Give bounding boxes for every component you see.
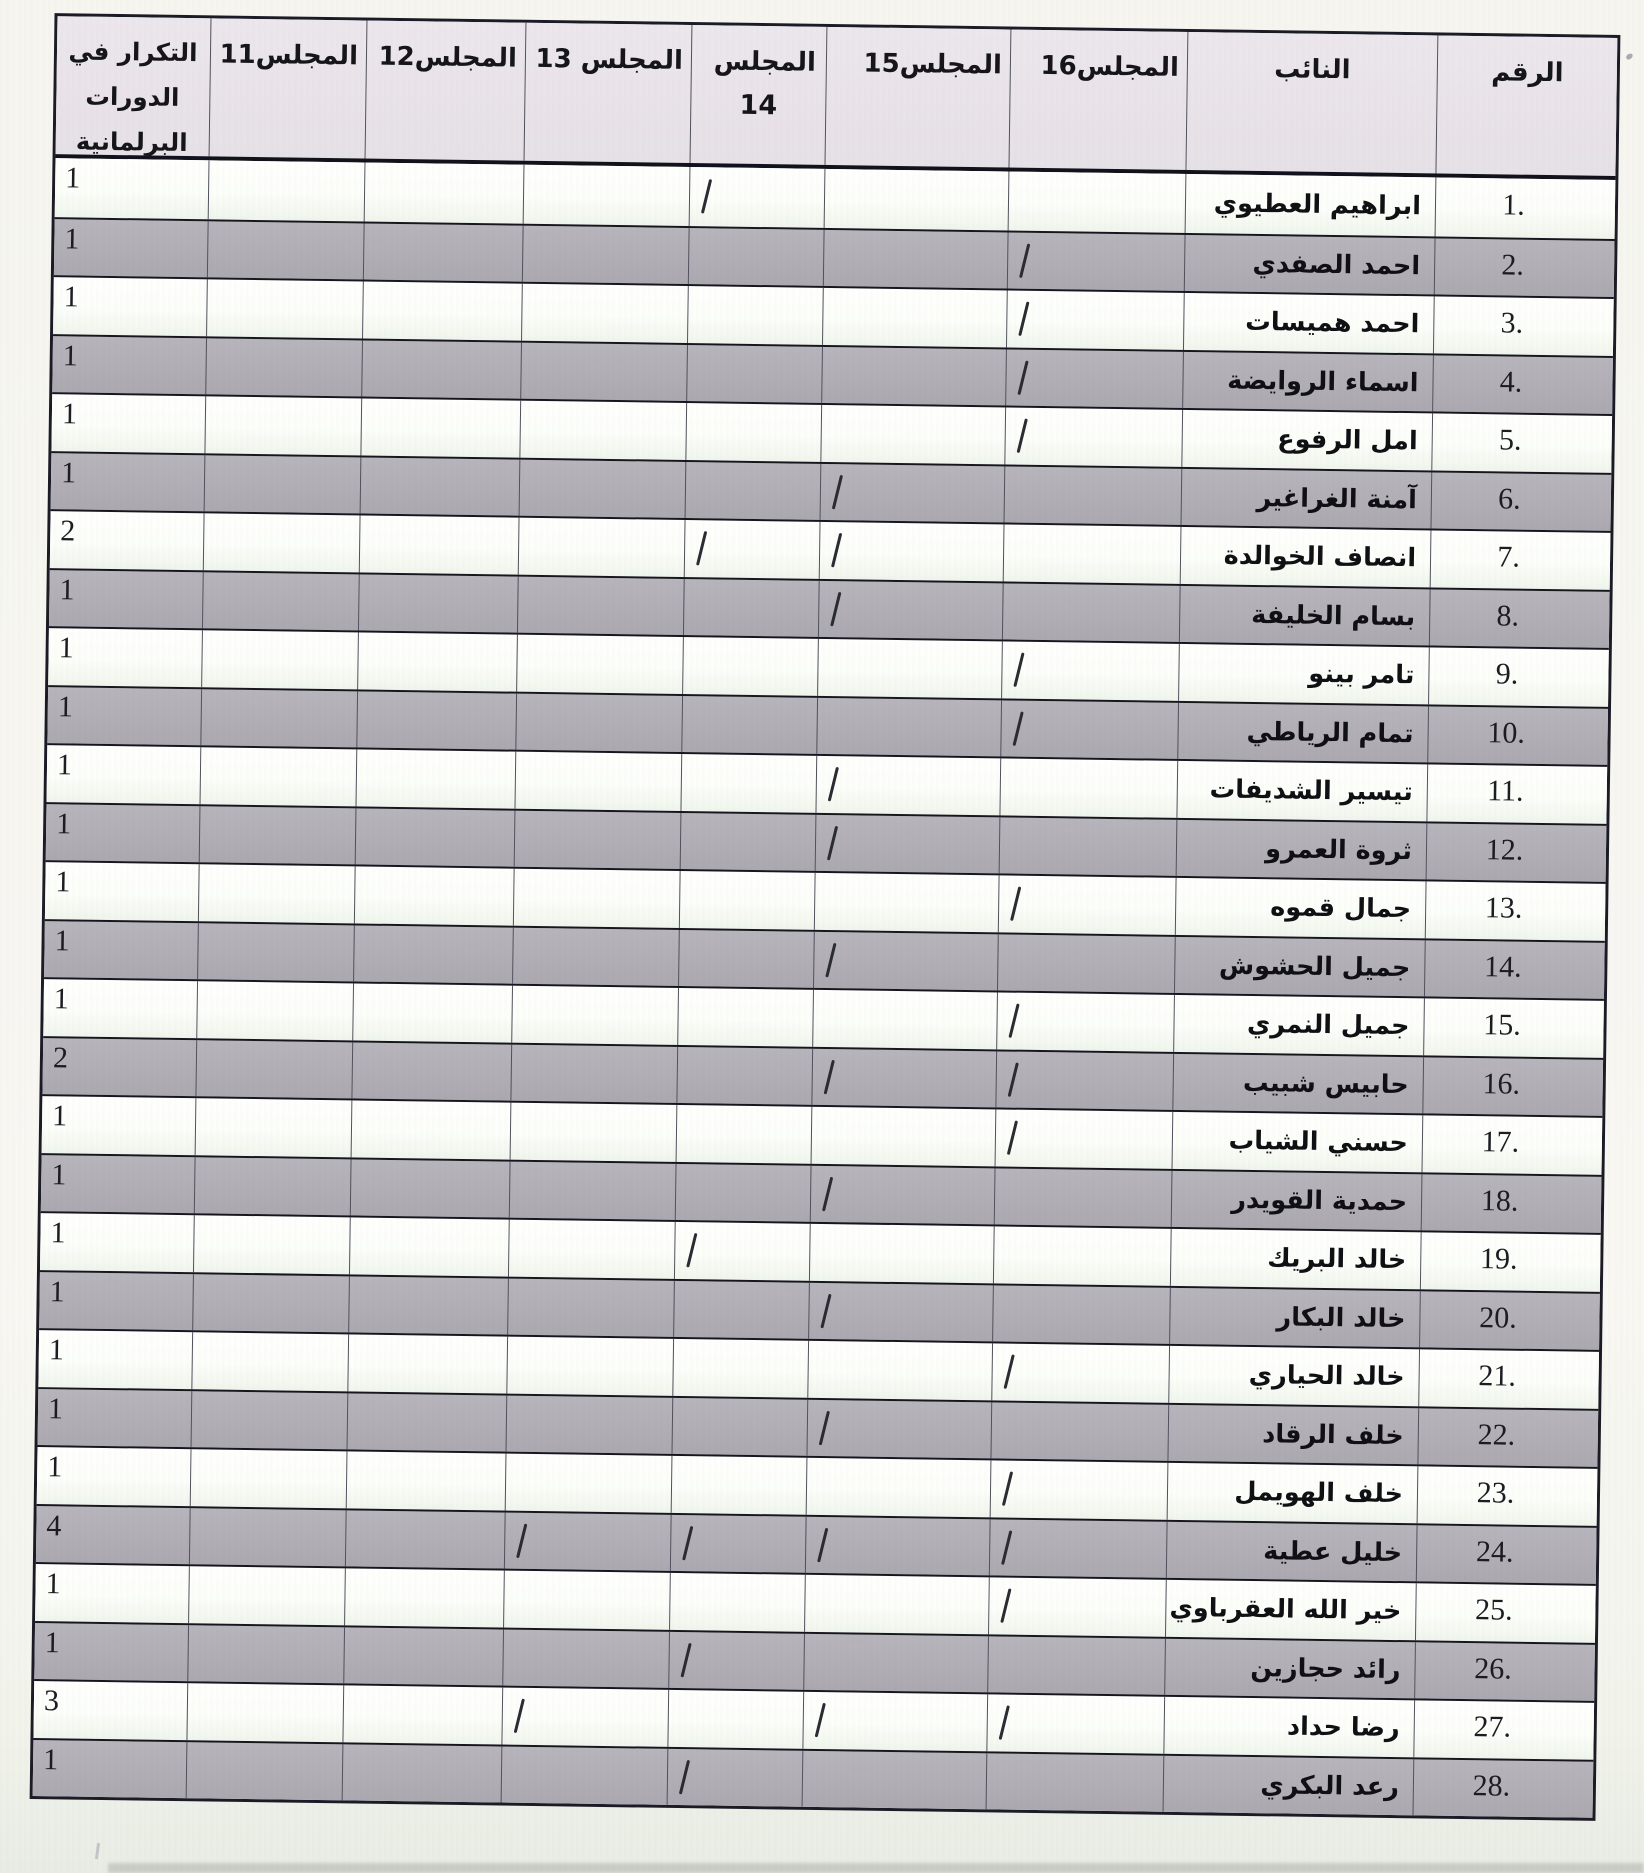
- attendance-slash-mark: [1017, 360, 1028, 395]
- deputy-name-cell: خالد البريك: [1170, 1229, 1421, 1289]
- council-16-cell: [993, 1226, 1171, 1285]
- rank-cell: 20.: [1419, 1291, 1600, 1350]
- council-16-cell: [1006, 290, 1184, 349]
- council-15-cell: [803, 1633, 988, 1692]
- rank-cell: 1.: [1435, 177, 1616, 238]
- rank-cell: 23.: [1417, 1466, 1598, 1525]
- deputy-name-cell: خالد البكار: [1169, 1287, 1420, 1347]
- rank-cell: 24.: [1416, 1525, 1597, 1584]
- council-12-cell: [344, 1568, 504, 1627]
- council-11-cell: [206, 279, 363, 338]
- council-15-cell: [821, 346, 1006, 405]
- council-16-cell: [1004, 466, 1182, 525]
- council-13-cell: [518, 518, 685, 577]
- attendance-slash-mark: [820, 1293, 831, 1328]
- attendance-slash-mark: [1004, 1355, 1015, 1390]
- council-14-cell: [685, 462, 821, 520]
- council-14-cell: [675, 1163, 811, 1221]
- council-13-cell: [516, 635, 683, 694]
- header-repetition-line1: التكرار في: [56, 28, 211, 75]
- repetition-count-cell: 1: [33, 1623, 188, 1682]
- attendance-slash-mark: [827, 826, 838, 861]
- council-12-cell: [357, 632, 517, 691]
- attendance-slash-mark: [696, 531, 707, 566]
- rank-cell: 4.: [1432, 355, 1613, 414]
- council-14-cell: [673, 1280, 809, 1338]
- scan-artifact-dot: [1625, 53, 1634, 61]
- council-12-cell: [363, 223, 523, 282]
- attendance-slash-mark: [815, 1703, 826, 1738]
- council-12-cell: [360, 398, 520, 457]
- repetition-count-cell: 1: [42, 979, 197, 1038]
- council-16-cell: [990, 1402, 1168, 1461]
- council-12-cell: [351, 1100, 511, 1159]
- header-rank: الرقم: [1435, 35, 1617, 175]
- council-12-cell: [356, 691, 516, 750]
- attendance-slash-mark: [1007, 1121, 1018, 1156]
- council-12-cell: [342, 1685, 502, 1744]
- council-16-cell: [995, 1109, 1173, 1168]
- deputy-name-cell: رائد حجازين: [1164, 1638, 1415, 1698]
- repetition-count-cell: 1: [51, 336, 206, 395]
- council-13-cell: [501, 1688, 668, 1747]
- attendance-slash-mark: [1002, 1472, 1013, 1507]
- deputy-name-cell: تامر بينو: [1178, 644, 1429, 704]
- deputy-name-cell: خليل عطية: [1166, 1521, 1417, 1581]
- rank-cell: 18.: [1421, 1174, 1602, 1233]
- repetition-count-cell: 1: [41, 1096, 196, 1155]
- attendance-slash-mark: [1013, 653, 1024, 688]
- council-13-cell: [503, 1571, 670, 1630]
- council-11-cell: [193, 1215, 350, 1274]
- council-12-cell: [343, 1627, 503, 1686]
- council-13-cell: [517, 576, 684, 635]
- council-14-cell: [670, 1514, 806, 1572]
- council-15-cell: [811, 1048, 996, 1107]
- council-16-cell: [991, 1343, 1169, 1402]
- council-13-cell: [501, 1746, 668, 1805]
- deputy-name-cell: خلف الرقاد: [1167, 1404, 1418, 1464]
- council-14-cell: [676, 1105, 812, 1163]
- council-11-cell: [188, 1566, 345, 1625]
- deputy-name-cell: حمدية القويدر: [1171, 1170, 1422, 1230]
- council-11-cell: [196, 981, 353, 1040]
- council-11-cell: [199, 806, 356, 865]
- deputy-name-cell: ابراهيم العطيوي: [1185, 174, 1436, 236]
- council-15-cell: [818, 580, 1003, 639]
- repetition-count-cell: 1: [50, 453, 205, 512]
- attendance-slash-mark: [832, 475, 843, 510]
- council-11-cell: [195, 1098, 352, 1157]
- deputy-name-cell: خالد الحياري: [1168, 1346, 1419, 1406]
- council-12-cell: [349, 1217, 509, 1276]
- council-15-cell: [815, 756, 1000, 815]
- repetition-count-cell: 1: [47, 628, 202, 687]
- attendance-slash-mark: [1008, 1004, 1019, 1039]
- attendance-slash-mark: [679, 1760, 690, 1795]
- council-13-cell: [506, 1395, 673, 1454]
- rank-cell: 17.: [1421, 1115, 1602, 1174]
- attendance-slash-mark: [1001, 1530, 1012, 1565]
- attendance-slash-mark: [817, 1527, 828, 1562]
- council-15-cell: [815, 814, 1000, 873]
- council-14-cell: [678, 929, 814, 987]
- council-16-cell: [986, 1694, 1164, 1753]
- rank-cell: 25.: [1415, 1583, 1596, 1642]
- repetition-count-cell: 1: [37, 1330, 192, 1389]
- rank-cell: 10.: [1427, 706, 1608, 765]
- council-11-cell: [205, 338, 362, 397]
- council-11-cell: [204, 396, 361, 455]
- council-15-cell: [802, 1692, 987, 1751]
- council-13-cell: [510, 1044, 677, 1103]
- council-12-cell: [364, 162, 524, 223]
- council-12-cell: [361, 340, 521, 399]
- rank-cell: 7.: [1430, 530, 1611, 589]
- deputy-name-cell: رعد البكري: [1163, 1755, 1414, 1815]
- council-14-cell: [671, 1397, 807, 1455]
- council-11-cell: [189, 1508, 346, 1567]
- council-16-cell: [986, 1753, 1164, 1812]
- council-12-cell: [347, 1393, 507, 1452]
- repetition-count-cell: 1: [44, 862, 199, 921]
- header-repetition-line2: الدورات: [55, 73, 210, 120]
- scanned-document-page: الرقم النائب المجلس16 المجلس15 المجلس 14…: [0, 0, 1644, 1873]
- header-council-14-number: 14: [691, 83, 826, 129]
- council-15-cell: [822, 288, 1007, 347]
- council-15-cell: [808, 1282, 993, 1341]
- repetition-count-cell: 1: [32, 1740, 187, 1799]
- council-14-cell: [688, 228, 824, 286]
- deputy-name-cell: خلف الهويمل: [1167, 1463, 1418, 1523]
- council-15-cell: [812, 990, 997, 1049]
- council-12-cell: [356, 749, 516, 808]
- council-15-cell: [820, 405, 1005, 464]
- attendance-slash-mark: [999, 1706, 1010, 1741]
- council-12-cell: [355, 808, 515, 867]
- council-14-cell: [668, 1631, 804, 1689]
- attendance-slash-mark: [824, 1060, 835, 1095]
- council-11-cell: [207, 221, 364, 280]
- council-13-cell: [521, 284, 688, 343]
- deputy-name-cell: امل الرفوع: [1181, 410, 1432, 470]
- council-15-cell: [806, 1399, 991, 1458]
- council-16-cell: [997, 934, 1175, 993]
- council-12-cell: [348, 1276, 508, 1335]
- attendance-slash-mark: [1018, 302, 1029, 337]
- rank-cell: 2.: [1434, 238, 1615, 297]
- council-12-cell: [345, 1510, 505, 1569]
- council-15-cell: [817, 639, 1002, 698]
- council-15-cell: [811, 1107, 996, 1166]
- attendance-slash-mark: [828, 767, 839, 802]
- attendance-slash-mark: [819, 1410, 830, 1445]
- header-deputy-name: النائب: [1185, 32, 1437, 173]
- council-14-cell: [689, 167, 825, 227]
- council-13-cell: [513, 869, 680, 928]
- repetition-count-cell: 1: [48, 570, 203, 629]
- attendance-slash-mark: [825, 943, 836, 978]
- council-14-cell: [686, 345, 822, 403]
- attendance-slash-mark: [701, 179, 712, 214]
- repetition-count-cell: 1: [54, 158, 209, 219]
- council-11-cell: [208, 160, 365, 221]
- attendance-slash-mark: [1000, 1589, 1011, 1624]
- rank-cell: 5.: [1431, 413, 1612, 472]
- repetition-count-cell: 1: [36, 1447, 191, 1506]
- council-14-cell: [684, 520, 820, 578]
- council-14-cell: [677, 988, 813, 1046]
- council-11-cell: [186, 1742, 343, 1801]
- council-12-cell: [359, 515, 519, 574]
- deputy-name-cell: جميل النمري: [1173, 995, 1424, 1055]
- rank-cell: 9.: [1428, 647, 1609, 706]
- council-16-cell: [1007, 232, 1185, 291]
- rank-cell: 15.: [1423, 998, 1604, 1057]
- attendance-slash-mark: [516, 1523, 527, 1558]
- rank-cell: 3.: [1433, 296, 1614, 355]
- repetition-count-cell: 1: [39, 1213, 194, 1272]
- council-16-cell: [1003, 524, 1181, 583]
- council-11-cell: [200, 689, 357, 748]
- council-15-cell: [823, 229, 1008, 288]
- deputy-name-cell: بسام الخليفة: [1179, 585, 1430, 645]
- council-14-cell: [671, 1456, 807, 1514]
- council-14-cell: [669, 1573, 805, 1631]
- repetition-count-cell: 1: [46, 687, 201, 746]
- council-13-cell: [514, 810, 681, 869]
- table-body: 1.ابراهيم العطيوي12.احمد الصفدي13.احمد ه…: [33, 158, 1616, 1818]
- council-15-cell: [802, 1750, 987, 1809]
- repetition-count-cell: 1: [34, 1564, 189, 1623]
- rank-cell: 22.: [1417, 1408, 1598, 1467]
- council-16-cell: [1008, 171, 1186, 232]
- council-16-cell: [998, 875, 1176, 934]
- council-15-cell: [814, 873, 999, 932]
- council-11-cell: [186, 1683, 343, 1742]
- council-14-cell: [680, 812, 816, 870]
- council-16-cell: [1002, 583, 1180, 642]
- attendance-slash-mark: [830, 592, 841, 627]
- council-14-cell: [674, 1222, 810, 1280]
- attendance-slash-mark: [1013, 711, 1024, 746]
- council-11-cell: [198, 864, 355, 923]
- council-14-cell: [672, 1339, 808, 1397]
- council-12-cell: [354, 866, 514, 925]
- council-14-cell: [667, 1748, 803, 1806]
- council-12-cell: [358, 574, 518, 633]
- deputy-name-cell: تيسير الشديفات: [1176, 761, 1427, 821]
- council-11-cell: [202, 572, 359, 631]
- council-13-cell: [519, 459, 686, 518]
- council-11-cell: [191, 1332, 348, 1391]
- council-16-cell: [990, 1460, 1168, 1519]
- council-14-cell: [687, 286, 823, 344]
- council-13-cell: [504, 1512, 671, 1571]
- attendance-slash-mark: [682, 1526, 693, 1561]
- rank-cell: 13.: [1425, 881, 1606, 940]
- rank-cell: 28.: [1413, 1759, 1594, 1818]
- council-13-cell: [507, 1278, 674, 1337]
- council-12-cell: [362, 281, 522, 340]
- rank-cell: 21.: [1418, 1349, 1599, 1408]
- council-11-cell: [187, 1625, 344, 1684]
- council-13-cell: [509, 1161, 676, 1220]
- council-14-cell: [683, 578, 819, 636]
- header-repetition-line3: البرلمانية: [55, 118, 209, 156]
- repetition-count-cell: 2: [49, 511, 204, 570]
- header-council-16: المجلس16: [1008, 30, 1187, 170]
- council-15-cell: [805, 1516, 990, 1575]
- header-repetition-count: التكرار في الدورات البرلمانية: [55, 16, 211, 156]
- council-13-cell: [506, 1337, 673, 1396]
- rank-cell: 27.: [1413, 1700, 1594, 1759]
- council-16-cell: [1005, 349, 1183, 408]
- table-header-row: الرقم النائب المجلس16 المجلس15 المجلس 14…: [56, 16, 1618, 180]
- scan-artifact-tick: [95, 1843, 100, 1859]
- header-council-14: المجلس 14: [690, 25, 827, 165]
- council-12-cell: [352, 983, 512, 1042]
- council-12-cell: [360, 457, 520, 516]
- header-council-14-word: المجلس: [692, 39, 827, 85]
- council-15-cell: [824, 169, 1009, 230]
- attendance-slash-mark: [1010, 887, 1021, 922]
- council-11-cell: [190, 1449, 347, 1508]
- repetition-count-cell: 1: [40, 1155, 195, 1214]
- council-15-cell: [809, 1224, 994, 1283]
- council-13-cell: [520, 342, 687, 401]
- rank-cell: 26.: [1414, 1642, 1595, 1701]
- deputy-name-cell: ثروة العمرو: [1176, 819, 1427, 879]
- council-14-cell: [676, 1046, 812, 1104]
- council-14-cell: [682, 637, 818, 695]
- rank-cell: 14.: [1424, 940, 1605, 999]
- council-13-cell: [515, 693, 682, 752]
- repetition-count-cell: 2: [41, 1038, 196, 1097]
- header-council-12: المجلس12: [365, 21, 526, 161]
- rank-cell: 19.: [1420, 1232, 1601, 1291]
- attendance-slash-mark: [1008, 1062, 1019, 1097]
- council-11-cell: [200, 747, 357, 806]
- council-15-cell: [804, 1575, 989, 1634]
- attendance-slash-mark: [680, 1643, 691, 1678]
- council-14-cell: [681, 695, 817, 753]
- deputy-name-cell: خير الله العقرباوي: [1165, 1580, 1416, 1640]
- deputy-name-cell: حسني الشياب: [1172, 1112, 1423, 1172]
- council-11-cell: [194, 1157, 351, 1216]
- deputy-name-cell: اسماء الروايضة: [1182, 351, 1433, 411]
- council-16-cell: [995, 1051, 1173, 1110]
- council-16-cell: [987, 1636, 1165, 1695]
- council-13-cell: [510, 1103, 677, 1162]
- rank-cell: 12.: [1426, 823, 1607, 882]
- repetition-count-cell: 1: [53, 219, 208, 278]
- council-16-cell: [992, 1285, 1170, 1344]
- council-12-cell: [350, 1159, 510, 1218]
- repetition-count-cell: 4: [35, 1506, 190, 1565]
- council-13-cell: [508, 1220, 675, 1279]
- attendance-table: الرقم النائب المجلس16 المجلس15 المجلس 14…: [30, 13, 1621, 1821]
- council-15-cell: [810, 1165, 995, 1224]
- council-15-cell: [806, 1458, 991, 1517]
- council-13-cell: [514, 752, 681, 811]
- council-11-cell: [191, 1391, 348, 1450]
- attendance-slash-mark: [1017, 419, 1028, 454]
- council-16-cell: [989, 1519, 1167, 1578]
- council-11-cell: [195, 1040, 352, 1099]
- council-12-cell: [342, 1744, 502, 1803]
- deputy-name-cell: انصاف الخوالدة: [1180, 527, 1431, 587]
- attendance-slash-mark: [831, 533, 842, 568]
- council-11-cell: [197, 923, 354, 982]
- council-13-cell: [519, 401, 686, 460]
- header-council-15: المجلس15: [825, 27, 1011, 168]
- attendance-slash-mark: [514, 1699, 525, 1734]
- scan-artifact-smudge: [108, 1863, 1644, 1873]
- council-11-cell: [203, 513, 360, 572]
- council-15-cell: [816, 697, 1001, 756]
- attendance-slash-mark: [822, 1177, 833, 1212]
- council-15-cell: [813, 931, 998, 990]
- deputy-name-cell: احمد الصفدي: [1184, 234, 1435, 294]
- council-12-cell: [347, 1334, 507, 1393]
- deputy-name-cell: احمد هميسات: [1183, 293, 1434, 353]
- rank-cell: 16.: [1422, 1057, 1603, 1116]
- council-13-cell: [502, 1629, 669, 1688]
- council-13-cell: [505, 1454, 672, 1513]
- repetition-count-cell: 1: [46, 745, 201, 804]
- council-13-cell: [523, 165, 690, 226]
- council-16-cell: [1004, 407, 1182, 466]
- council-13-cell: [522, 225, 689, 284]
- council-12-cell: [351, 1042, 511, 1101]
- council-16-cell: [999, 817, 1177, 876]
- repetition-count-cell: 1: [50, 394, 205, 453]
- council-13-cell: [511, 986, 678, 1045]
- repetition-count-cell: 1: [45, 804, 200, 863]
- attendance-slash-mark: [686, 1233, 697, 1268]
- deputy-name-cell: حابيس شبيب: [1172, 1053, 1423, 1113]
- attendance-slash-mark: [1019, 243, 1030, 278]
- repetition-count-cell: 1: [38, 1272, 193, 1331]
- repetition-count-cell: 3: [32, 1681, 187, 1740]
- deputy-name-cell: آمنة الغراغير: [1181, 468, 1432, 528]
- council-16-cell: [1001, 641, 1179, 700]
- council-16-cell: [996, 992, 1174, 1051]
- council-12-cell: [353, 925, 513, 984]
- repetition-count-cell: 1: [52, 277, 207, 336]
- header-council-11: المجلس11: [209, 18, 367, 158]
- rank-cell: 11.: [1426, 764, 1607, 823]
- council-15-cell: [807, 1341, 992, 1400]
- council-14-cell: [679, 871, 815, 929]
- council-11-cell: [192, 1274, 349, 1333]
- council-13-cell: [512, 927, 679, 986]
- council-15-cell: [819, 522, 1004, 581]
- deputy-name-cell: جميل الحشوش: [1174, 936, 1425, 996]
- deputy-name-cell: جمال قموه: [1175, 878, 1426, 938]
- deputy-name-cell: تمام الرياطي: [1177, 702, 1428, 762]
- deputy-name-cell: رضا حداد: [1163, 1697, 1414, 1757]
- council-16-cell: [1000, 700, 1178, 759]
- council-16-cell: [999, 758, 1177, 817]
- header-council-13: المجلس 13: [524, 23, 692, 163]
- council-12-cell: [346, 1451, 506, 1510]
- rank-cell: 6.: [1430, 472, 1611, 531]
- rank-cell: 8.: [1429, 589, 1610, 648]
- council-14-cell: [685, 403, 821, 461]
- council-14-cell: [667, 1690, 803, 1748]
